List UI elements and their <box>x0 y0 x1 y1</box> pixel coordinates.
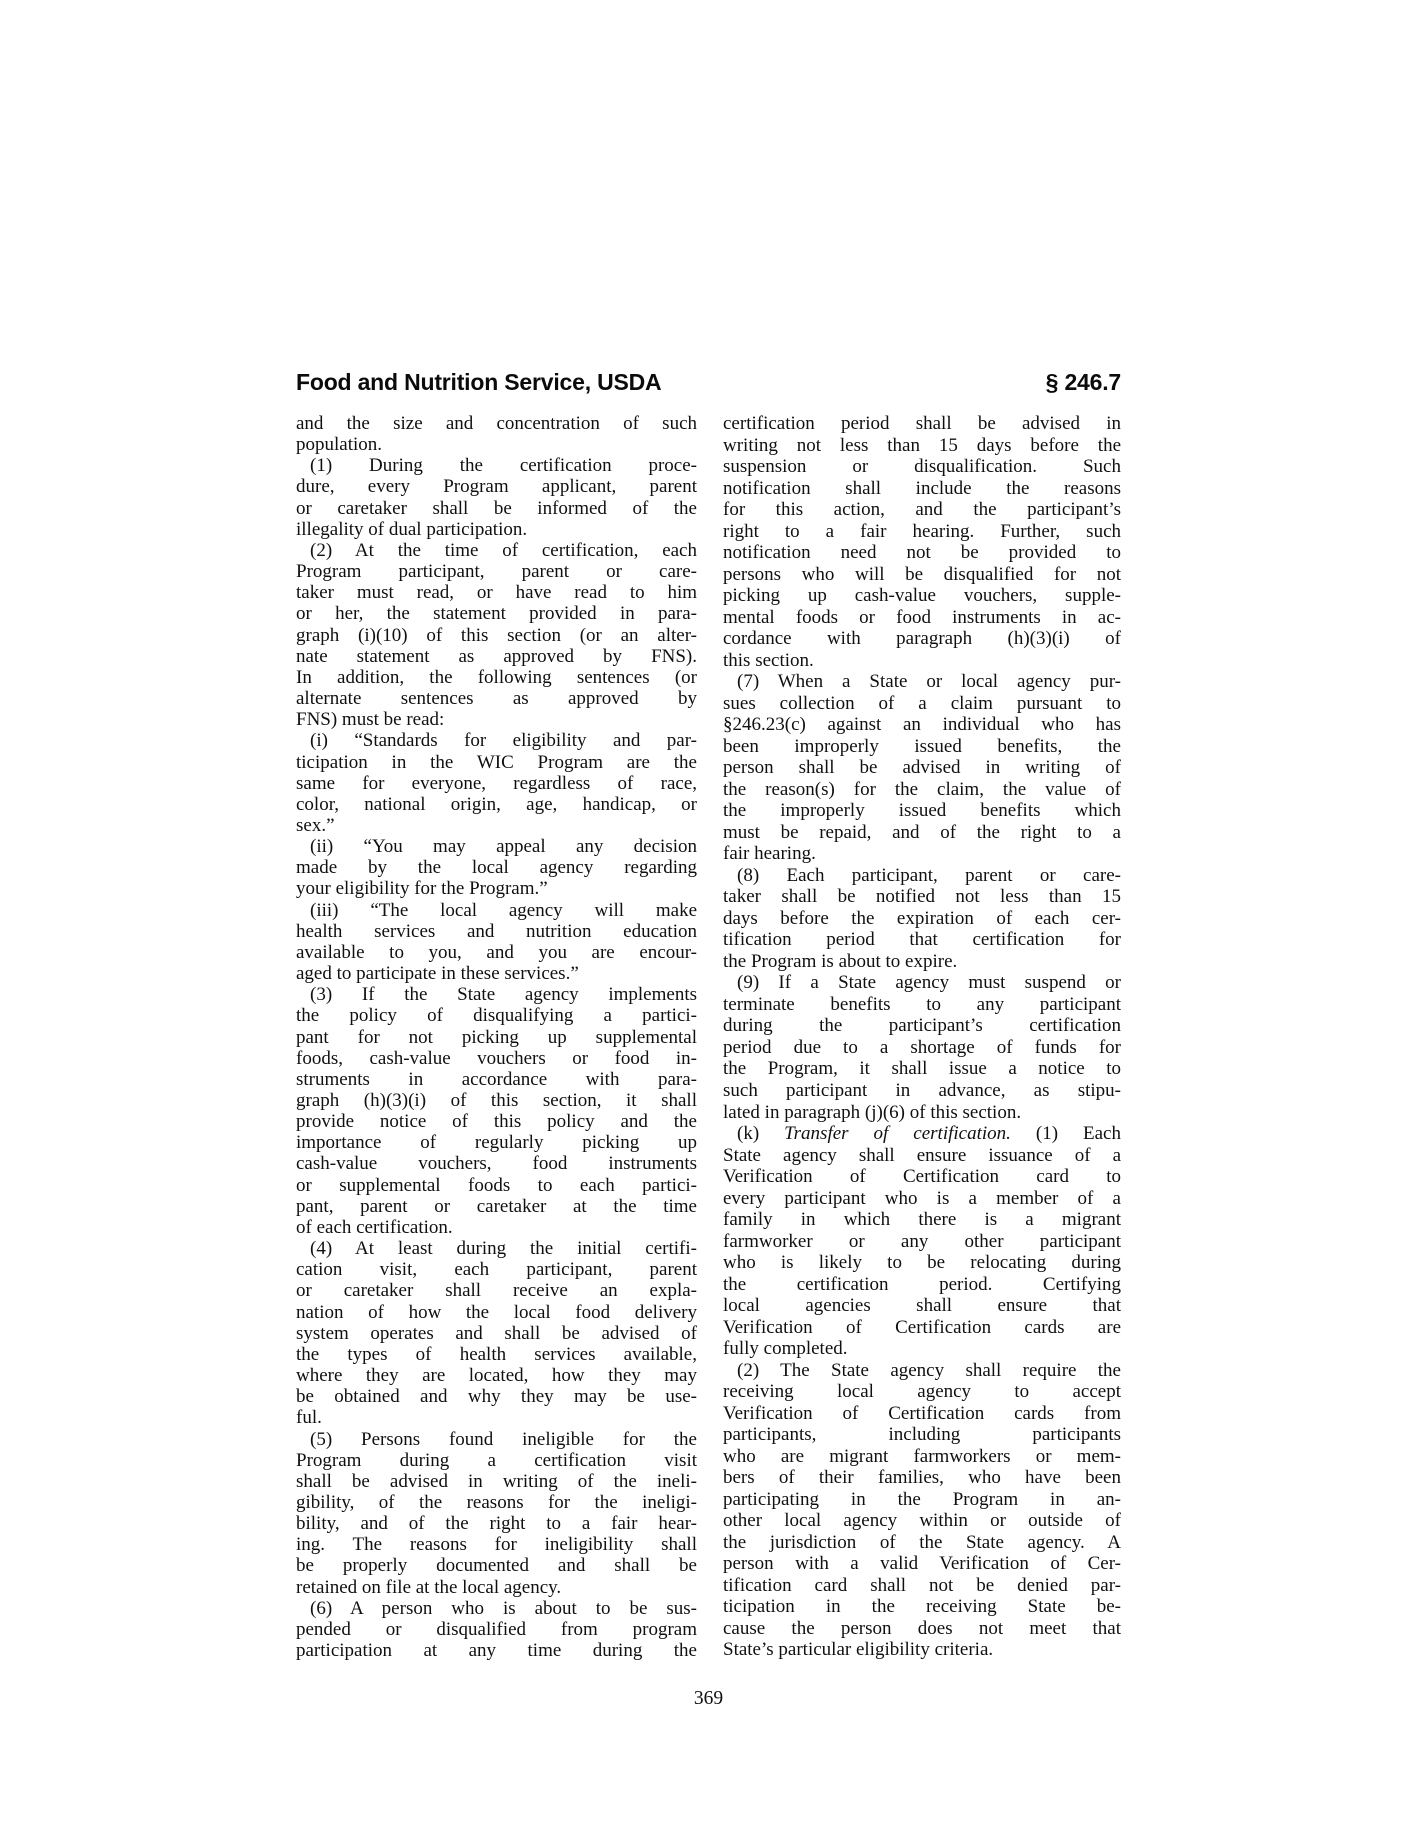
left-text-column: and the size and concentration of suchpo… <box>296 413 697 1661</box>
text-line: (5) Persons found ineligible for the <box>296 1429 697 1450</box>
text-line: fully completed. <box>723 1338 1121 1360</box>
text-line: cause the person does not meet that <box>723 1618 1121 1640</box>
text-line: where they are located, how they may <box>296 1365 697 1386</box>
text-line: lated in paragraph (j)(6) of this sectio… <box>723 1102 1121 1124</box>
text-line: nate statement as approved by FNS). <box>296 646 697 667</box>
text-line: family in which there is a migrant <box>723 1209 1121 1231</box>
text-line: fair hearing. <box>723 843 1121 865</box>
text-line: color, national origin, age, handicap, o… <box>296 794 697 815</box>
text-line: (6) A person who is about to be sus- <box>296 1598 697 1619</box>
text-line: nation of how the local food delivery <box>296 1302 697 1323</box>
text-line: of each certification. <box>296 1217 697 1238</box>
text-line: ful. <box>296 1407 697 1428</box>
text-line: foods, cash-value vouchers or food in- <box>296 1048 697 1069</box>
text-segment: (1) Each <box>1011 1123 1121 1144</box>
text-line: terminate benefits to any participant <box>723 994 1121 1016</box>
text-line: or supplemental foods to each partici- <box>296 1175 697 1196</box>
text-line: taker must read, or have read to him <box>296 582 697 603</box>
running-head-title: Food and Nutrition Service, USDA <box>296 369 661 396</box>
text-line: the improperly issued benefits which <box>723 800 1121 822</box>
text-line: participants, including participants <box>723 1424 1121 1446</box>
text-line: ing. The reasons for ineligibility shall <box>296 1534 697 1555</box>
text-line: this section. <box>723 650 1121 672</box>
text-line: days before the expiration of each cer- <box>723 908 1121 930</box>
text-line: same for everyone, regardless of race, <box>296 773 697 794</box>
text-segment: (k) <box>737 1123 784 1144</box>
text-line: certification period shall be advised in <box>723 413 1121 435</box>
text-line: the Program is about to expire. <box>723 951 1121 973</box>
text-line: the jurisdiction of the State agency. A <box>723 1532 1121 1554</box>
text-line: Verification of Certification cards are <box>723 1317 1121 1339</box>
text-line: and the size and concentration of such <box>296 413 697 434</box>
text-line: bers of their families, who have been <box>723 1467 1121 1489</box>
italic-text-segment: Transfer of certification. <box>784 1123 1011 1144</box>
text-line: ticipation in the WIC Program are the <box>296 752 697 773</box>
text-line: suspension or disqualification. Such <box>723 456 1121 478</box>
text-line: (4) At least during the initial certifi- <box>296 1238 697 1259</box>
text-line: writing not less than 15 days before the <box>723 435 1121 457</box>
text-line: receiving local agency to accept <box>723 1381 1121 1403</box>
text-line: such participant in advance, as stipu- <box>723 1080 1121 1102</box>
text-line: been improperly issued benefits, the <box>723 736 1121 758</box>
text-line: (7) When a State or local agency pur- <box>723 671 1121 693</box>
text-line: participating in the Program in an- <box>723 1489 1121 1511</box>
text-line: the Program, it shall issue a notice to <box>723 1058 1121 1080</box>
text-line: be obtained and why they may be use- <box>296 1386 697 1407</box>
text-line: pant, parent or caretaker at the time <box>296 1196 697 1217</box>
text-line: (k) Transfer of certification. (1) Each <box>723 1123 1121 1145</box>
text-line: tification period that certification for <box>723 929 1121 951</box>
text-line: (ii) “You may appeal any decision <box>296 836 697 857</box>
text-line: taker shall be notified not less than 15 <box>723 886 1121 908</box>
text-line: FNS) must be read: <box>296 709 697 730</box>
text-line: bility, and of the right to a fair hear- <box>296 1513 697 1534</box>
text-line: State’s particular eligibility criteria. <box>723 1639 1121 1661</box>
text-line: your eligibility for the Program.” <box>296 878 697 899</box>
text-line: sues collection of a claim pursuant to <box>723 693 1121 715</box>
text-line: provide notice of this policy and the <box>296 1111 697 1132</box>
right-text-column: certification period shall be advised in… <box>723 413 1121 1661</box>
text-line: aged to participate in these services.” <box>296 963 697 984</box>
text-line: graph (i)(10) of this section (or an alt… <box>296 625 697 646</box>
text-line: population. <box>296 434 697 455</box>
text-line: local agencies shall ensure that <box>723 1295 1121 1317</box>
text-line: cordance with paragraph (h)(3)(i) of <box>723 628 1121 650</box>
text-line: other local agency within or outside of <box>723 1510 1121 1532</box>
document-page: Food and Nutrition Service, USDA § 246.7… <box>0 0 1427 1847</box>
text-line: (i) “Standards for eligibility and par- <box>296 730 697 751</box>
text-line: ticipation in the receiving State be- <box>723 1596 1121 1618</box>
text-line: graph (h)(3)(i) of this section, it shal… <box>296 1090 697 1111</box>
text-line: or her, the statement provided in para- <box>296 603 697 624</box>
text-line: cation visit, each participant, parent <box>296 1259 697 1280</box>
text-line: the policy of disqualifying a partici- <box>296 1005 697 1026</box>
text-line: period due to a shortage of funds for <box>723 1037 1121 1059</box>
running-head: Food and Nutrition Service, USDA § 246.7 <box>296 369 1121 396</box>
text-line: notification need not be provided to <box>723 542 1121 564</box>
text-line: retained on file at the local agency. <box>296 1577 697 1598</box>
text-line: §246.23(c) against an individual who has <box>723 714 1121 736</box>
text-line: State agency shall ensure issuance of a <box>723 1145 1121 1167</box>
running-head-section-number: § 246.7 <box>1046 369 1121 396</box>
text-line: picking up cash-value vouchers, supple- <box>723 585 1121 607</box>
text-line: every participant who is a member of a <box>723 1188 1121 1210</box>
text-line: farmworker or any other participant <box>723 1231 1121 1253</box>
text-line: during the participant’s certification <box>723 1015 1121 1037</box>
text-line: struments in accordance with para- <box>296 1069 697 1090</box>
text-line: person with a valid Verification of Cer- <box>723 1553 1121 1575</box>
text-line: be properly documented and shall be <box>296 1555 697 1576</box>
text-line: who are migrant farmworkers or mem- <box>723 1446 1121 1468</box>
text-line: health services and nutrition education <box>296 921 697 942</box>
text-line: (2) The State agency shall require the <box>723 1360 1121 1382</box>
text-line: the certification period. Certifying <box>723 1274 1121 1296</box>
text-line: participation at any time during the <box>296 1640 697 1661</box>
text-line: the types of health services available, <box>296 1344 697 1365</box>
text-line: available to you, and you are encour- <box>296 942 697 963</box>
text-line: (3) If the State agency implements <box>296 984 697 1005</box>
text-line: made by the local agency regarding <box>296 857 697 878</box>
text-line: sex.” <box>296 815 697 836</box>
text-line: Program during a certification visit <box>296 1450 697 1471</box>
text-line: Verification of Certification cards from <box>723 1403 1121 1425</box>
text-line: who is likely to be relocating during <box>723 1252 1121 1274</box>
text-line: cash-value vouchers, food instruments <box>296 1153 697 1174</box>
text-line: shall be advised in writing of the ineli… <box>296 1471 697 1492</box>
text-line: pant for not picking up supplemental <box>296 1027 697 1048</box>
text-line: (8) Each participant, parent or care- <box>723 865 1121 887</box>
text-line: (iii) “The local agency will make <box>296 900 697 921</box>
text-line: In addition, the following sentences (or <box>296 667 697 688</box>
text-line: alternate sentences as approved by <box>296 688 697 709</box>
text-line: or caretaker shall be informed of the <box>296 498 697 519</box>
page-number: 369 <box>296 1688 1121 1710</box>
text-line: pended or disqualified from program <box>296 1619 697 1640</box>
text-line: notification shall include the reasons <box>723 478 1121 500</box>
text-line: illegality of dual participation. <box>296 519 697 540</box>
text-line: (1) During the certification proce- <box>296 455 697 476</box>
text-line: right to a fair hearing. Further, such <box>723 521 1121 543</box>
text-line: (2) At the time of certification, each <box>296 540 697 561</box>
text-line: importance of regularly picking up <box>296 1132 697 1153</box>
text-line: dure, every Program applicant, parent <box>296 476 697 497</box>
text-line: (9) If a State agency must suspend or <box>723 972 1121 994</box>
text-line: or caretaker shall receive an expla- <box>296 1280 697 1301</box>
text-line: Verification of Certification card to <box>723 1166 1121 1188</box>
text-line: system operates and shall be advised of <box>296 1323 697 1344</box>
text-line: Program participant, parent or care- <box>296 561 697 582</box>
text-line: mental foods or food instruments in ac- <box>723 607 1121 629</box>
text-line: persons who will be disqualified for not <box>723 564 1121 586</box>
text-line: must be repaid, and of the right to a <box>723 822 1121 844</box>
text-line: gibility, of the reasons for the ineligi… <box>296 1492 697 1513</box>
text-line: for this action, and the participant’s <box>723 499 1121 521</box>
text-line: tification card shall not be denied par- <box>723 1575 1121 1597</box>
text-line: person shall be advised in writing of <box>723 757 1121 779</box>
text-line: the reason(s) for the claim, the value o… <box>723 779 1121 801</box>
